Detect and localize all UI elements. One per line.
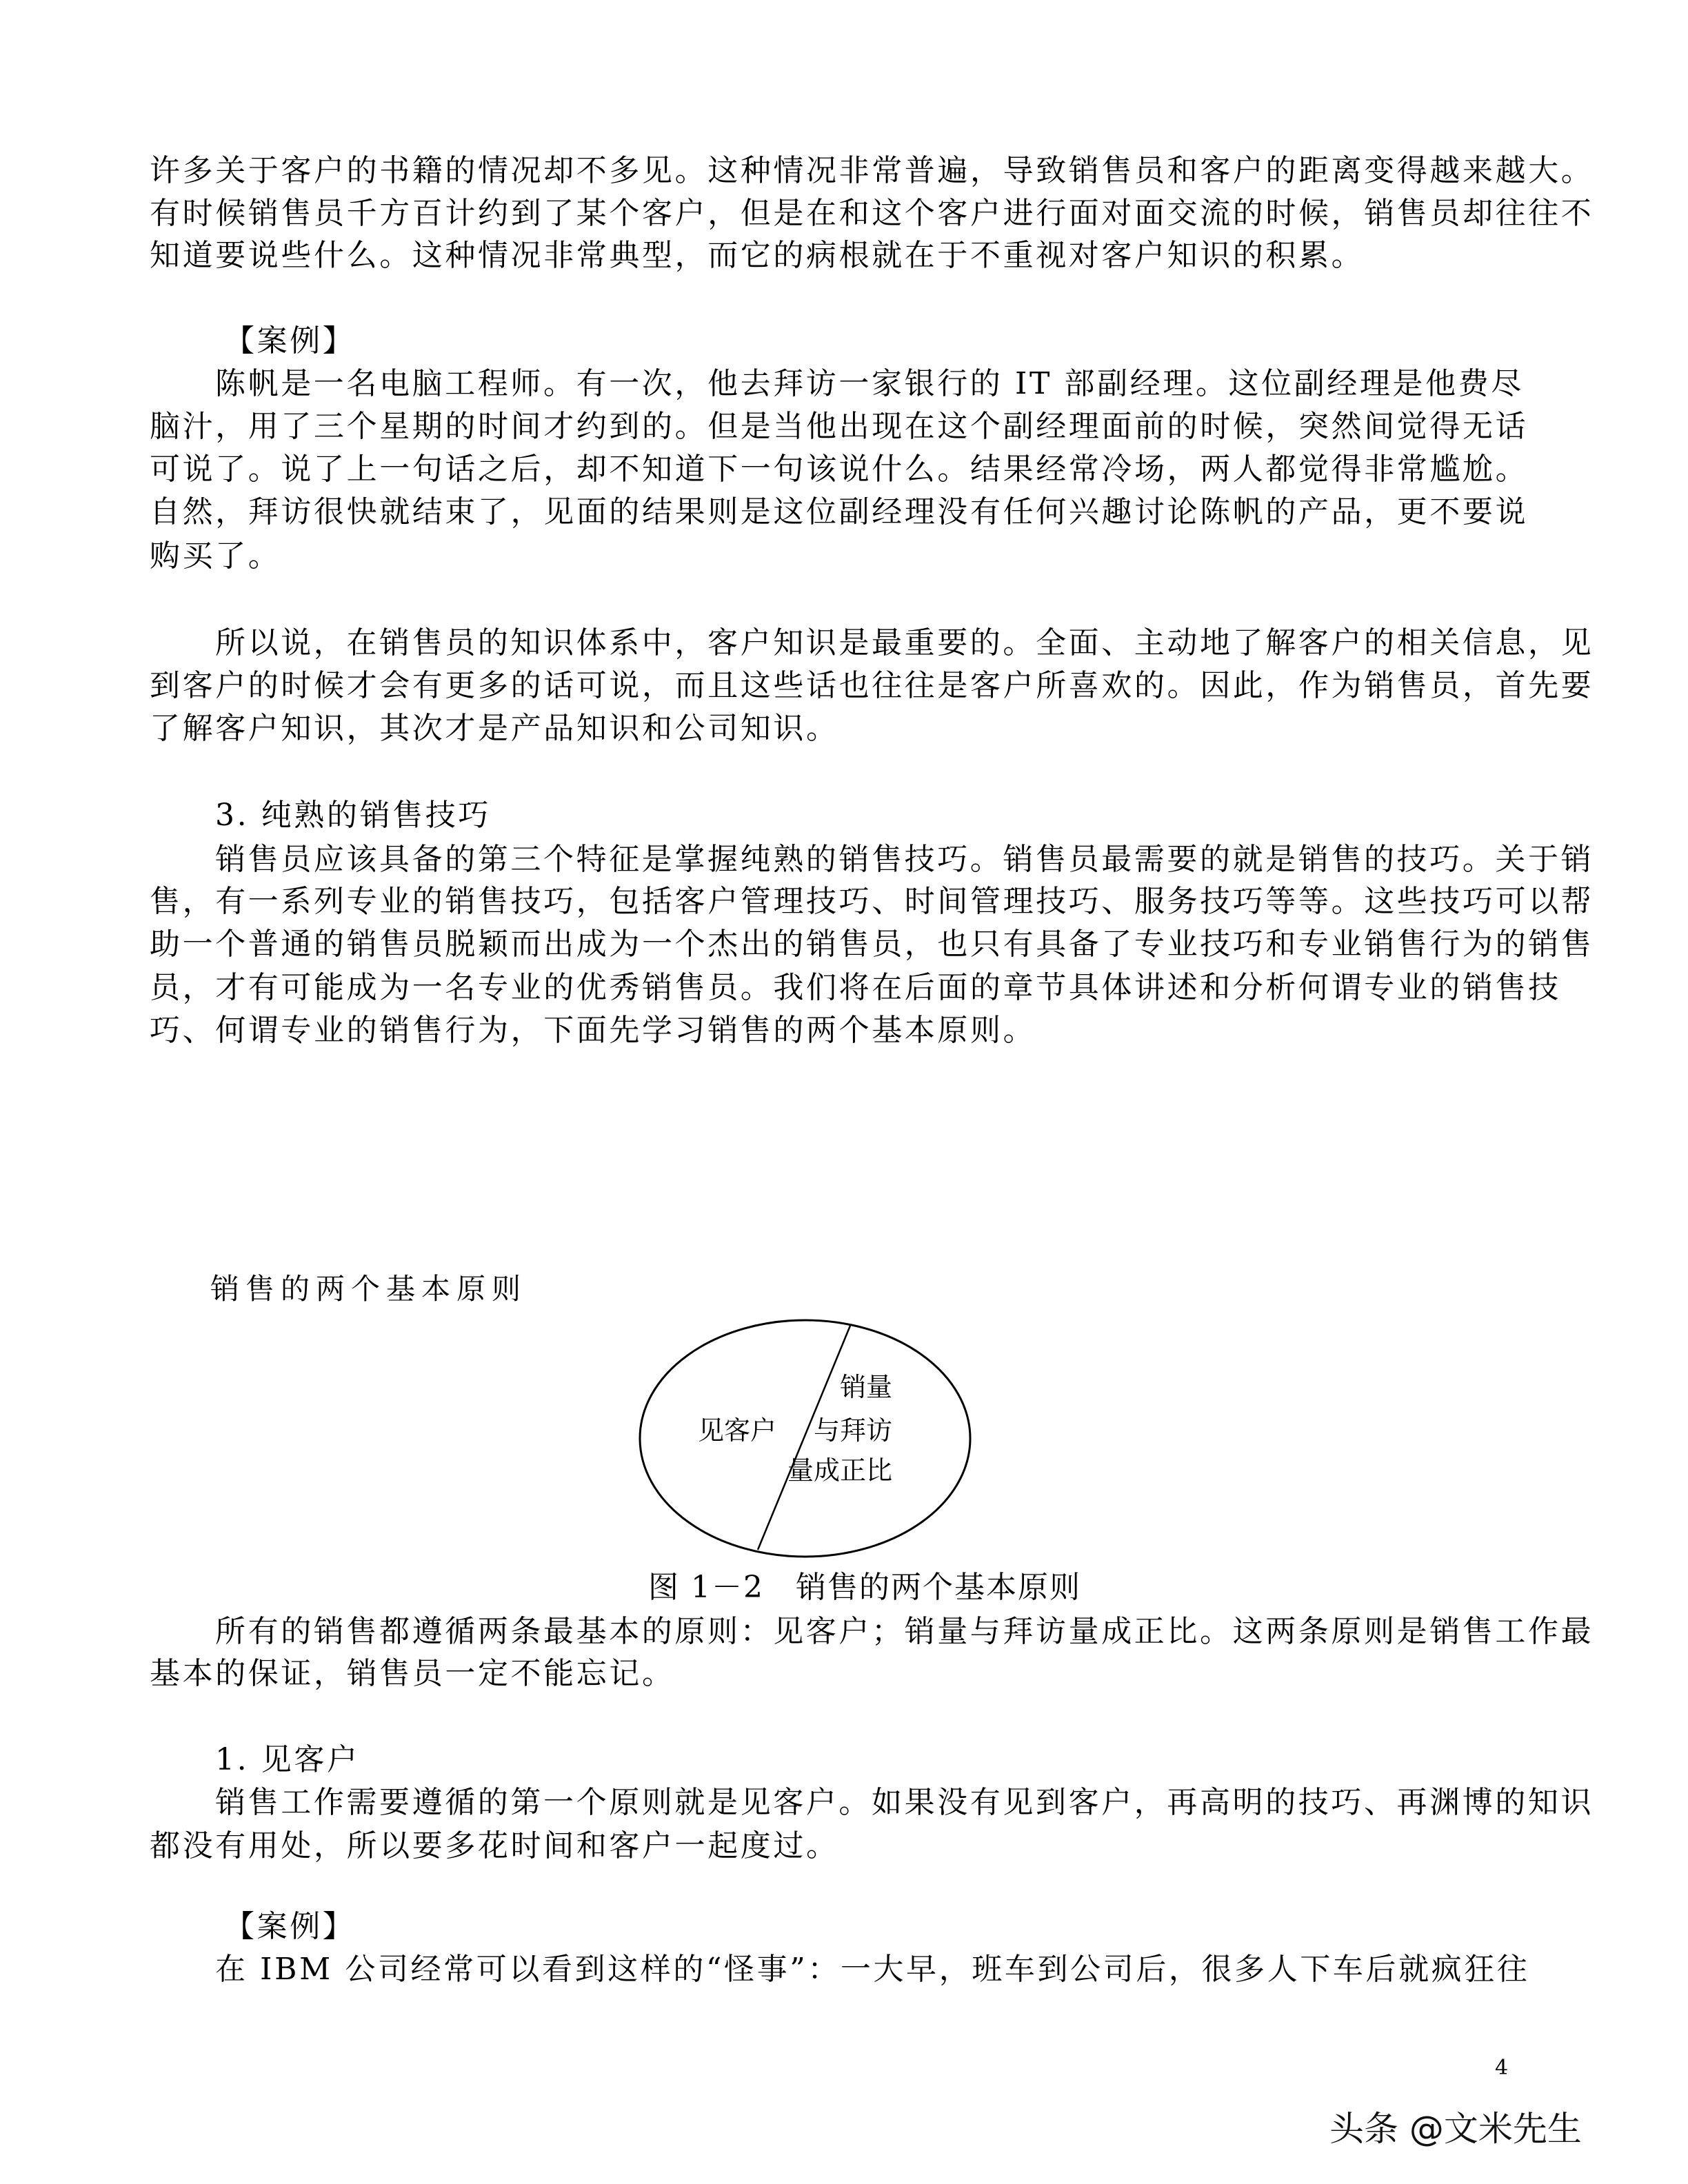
paragraph-line: 有时候销售员千方百计约到了某个客户，但是在和这个客户进行面对面交流的时候，销售员… (150, 192, 1543, 235)
paragraph-line: 脑汁，用了三个星期的时间才约到的。但是当他出现在这个副经理面前的时候，突然间觉得… (150, 405, 1543, 448)
paragraph-line: 自然，拜访很快就结束了，见面的结果则是这位副经理没有任何兴趣讨论陈帆的产品，更不… (150, 491, 1543, 534)
page-number: 4 (1495, 2054, 1508, 2082)
paragraph-line: 助一个普通的销售员脱颖而出成为一个杰出的销售员，也只有具备了专业技巧和专业销售行… (150, 923, 1543, 966)
case-label: 【案例】 (224, 320, 1617, 363)
principles-heading: 销售的两个基本原则 (210, 1268, 527, 1311)
paragraph-line: 都没有用处，所以要多花时间和客户一起度过。 (150, 1825, 1543, 1868)
paragraph-line: 在 IBM 公司经常可以看到这样的“怪事”：一大早，班车到公司后，很多人下车后就… (215, 1948, 1543, 1991)
paragraph-line: 巧、何谓专业的销售行为，下面先学习销售的两个基本原则。 (150, 1009, 1543, 1052)
section-title: 3. 纯熟的销售技巧 (215, 794, 1608, 837)
paragraph-line: 购买了。 (150, 535, 1543, 578)
diagram-right-label-line: 量成正比 (782, 1455, 892, 1486)
paragraph-line: 可说了。说了上一句话之后，却不知道下一句该说什么。结果经常冷场，两人都觉得非常尴… (150, 448, 1543, 491)
diagram-right-label-line: 销量 (837, 1371, 892, 1403)
paragraph-line: 基本的保证，销售员一定不能忘记。 (150, 1652, 1543, 1695)
paragraph-line: 售，有一系列专业的销售技巧，包括客户管理技巧、时间管理技巧、服务技巧等等。这些技… (150, 880, 1543, 923)
paragraph-line: 销售员应该具备的第三个特征是掌握纯熟的销售技巧。销售员最需要的就是销售的技巧。关… (215, 838, 1543, 881)
case-label: 【案例】 (224, 1905, 1617, 1948)
paragraph-line: 到客户的时候才会有更多的话可说，而且这些话也往往是客户所喜欢的。因此，作为销售员… (150, 665, 1543, 707)
paragraph-line: 销售工作需要遵循的第一个原则就是见客户。如果没有见到客户，再高明的技巧、再渊博的… (215, 1781, 1543, 1824)
paragraph-line: 陈帆是一名电脑工程师。有一次，他去拜访一家银行的 IT 部副经理。这位副经理是他… (215, 363, 1543, 405)
paragraph-line: 知道要说些什么。这种情况非常典型，而它的病根就在于不重视对客户知识的积累。 (150, 234, 1543, 277)
diagram-left-label: 见客户 (698, 1415, 776, 1446)
principles-diagram: 见客户 销量 与拜访 量成正比 (634, 1313, 979, 1565)
paragraph-line: 许多关于客户的书籍的情况却不多见。这种情况非常普遍，导致销售员和客户的距离变得越… (150, 150, 1543, 192)
paragraph-line: 了解客户知识，其次才是产品知识和公司知识。 (150, 707, 1543, 750)
watermark: 头条 @文米先生 (1329, 2108, 1582, 2150)
paragraph-line: 所以说，在销售员的知识体系中，客户知识是最重要的。全面、主动地了解客户的相关信息… (215, 622, 1543, 665)
paragraph-line: 所有的销售都遵循两条最基本的原则：见客户；销量与拜访量成正比。这两条原则是销售工… (215, 1610, 1543, 1653)
ellipse-diagram-icon (634, 1313, 979, 1565)
paragraph-line: 员，才有可能成为一名专业的优秀销售员。我们将在后面的章节具体讲述和分析何谓专业的… (150, 967, 1543, 1009)
section-title: 1. 见客户 (215, 1739, 1608, 1781)
figure-caption: 图 1－2 销售的两个基本原则 (648, 1566, 979, 1609)
diagram-right-label-line: 与拜访 (810, 1415, 892, 1446)
